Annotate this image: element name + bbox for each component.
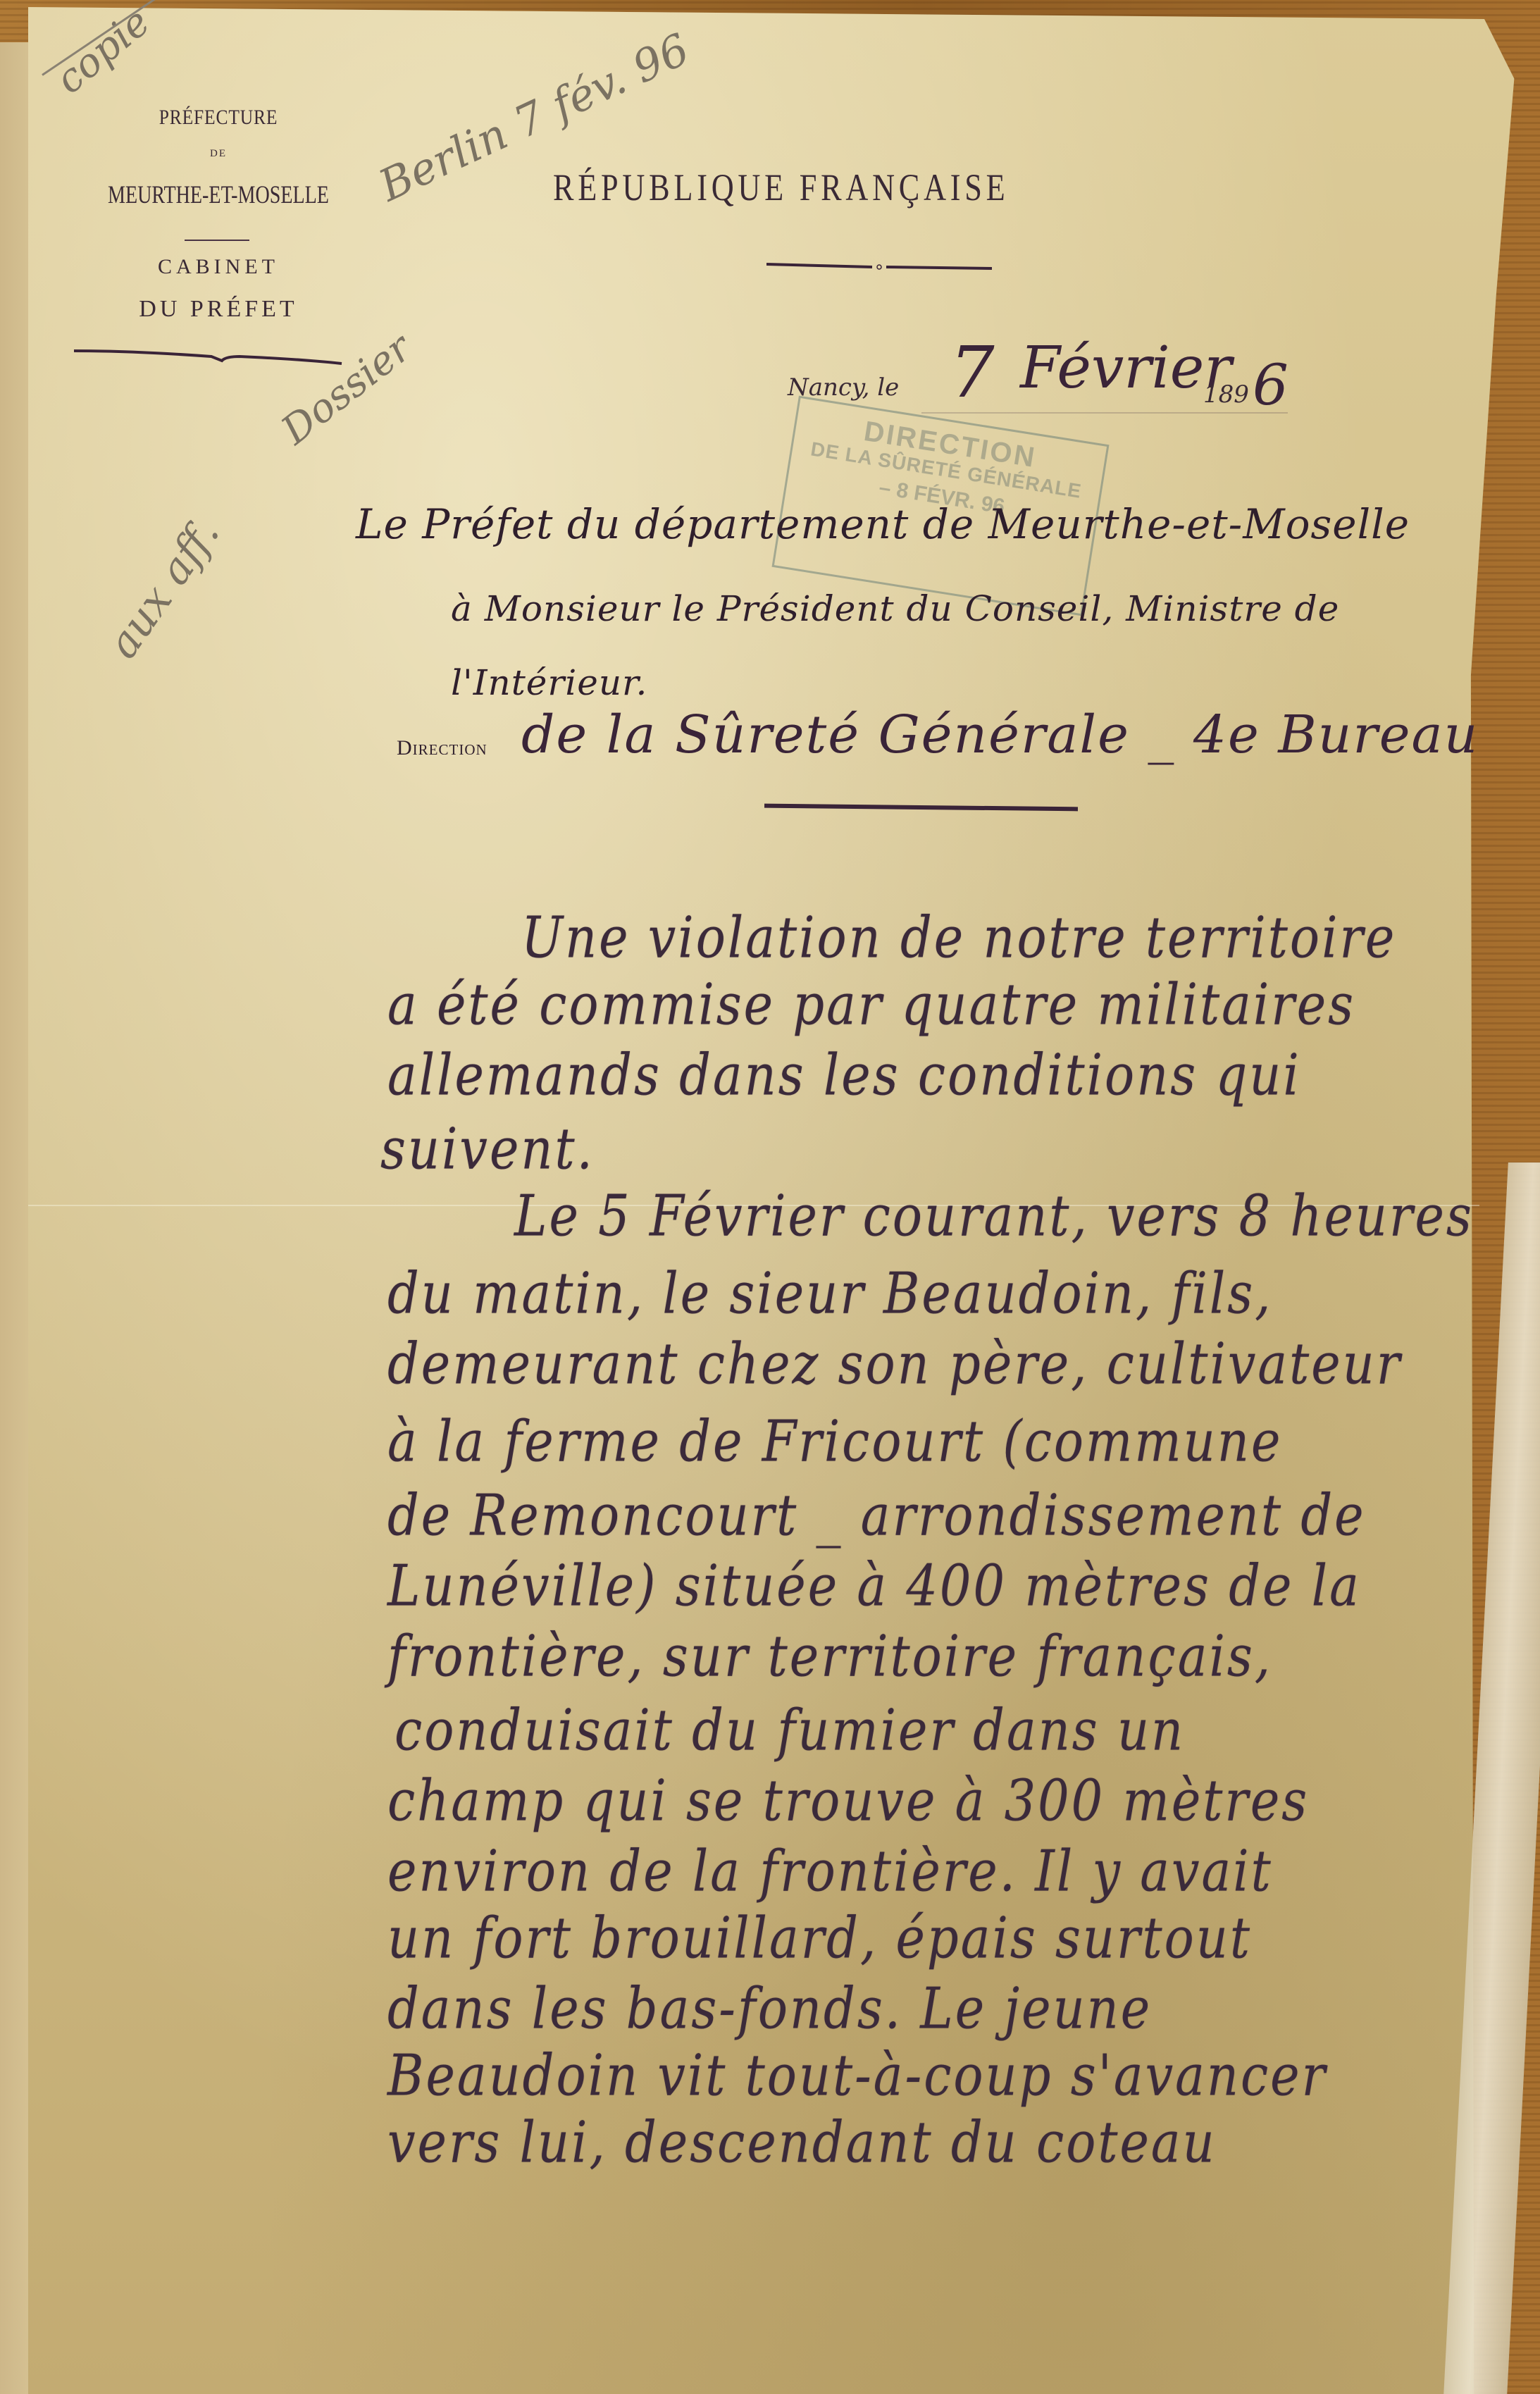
body-line: Une violation de notre territoire [521,905,1396,971]
letterhead-prefecture: PRÉFECTURE [89,106,347,130]
body-line: environ de la frontière. Il y avait [387,1838,1273,1904]
body-line: allemands dans les conditions qui [387,1042,1301,1108]
recipient-line-2: l'Intérieur. [451,662,647,703]
body-line: a été commise par quatre militaires [387,972,1355,1038]
date-month: Février [1020,335,1231,402]
header-divider-icon [766,261,992,271]
body-line: de Remoncourt _ arrondissement de [387,1482,1366,1549]
body-line: dans les bas-fonds. Le jeune [387,1976,1152,2042]
body-line: champ qui se trouve à 300 mètres [387,1768,1309,1834]
date-day: 7 [950,331,995,414]
republique-francaise-title: RÉPUBLIQUE FRANÇAISE [553,166,1009,209]
letterhead-flourish-icon [70,345,345,366]
body-line: vers lui, descendant du coteau [387,2109,1217,2176]
letterhead-department: MEURTHE-ET-MOSELLE [100,180,336,209]
date-year-suffix: 6 [1253,352,1288,418]
date-year-prefix: 189 [1203,380,1249,409]
sender-line: Le Préfet du département de Meurthe-et-M… [356,500,1410,548]
body-line: demeurant chez son père, cultivateur [387,1331,1402,1397]
letterhead-de: DE [67,148,370,160]
body-line: conduisait du fumier dans un [395,1697,1185,1763]
body-line: frontière, sur territoire français, [387,1623,1272,1689]
letterhead-cabinet: CABINET [67,255,370,279]
direction-label: Direction [397,736,488,760]
direction-value: de la Sûreté Générale _ 4e Bureau [521,705,1479,765]
recipient-line-1: à Monsieur le Président du Conseil, Mini… [451,588,1339,629]
body-line: suivent. [380,1116,595,1182]
letterhead-divider [185,240,249,241]
body-line: du matin, le sieur Beaudoin, fils, [387,1260,1272,1327]
letterhead-du-prefet: DU PRÉFET [67,296,370,323]
body-line: Lunéville) située à 400 mètres de la [387,1553,1361,1619]
date-underline [921,412,1288,414]
body-line: un fort brouillard, épais surtout [387,1905,1252,1971]
body-line: Beaudoin vit tout-à-coup s'avancer [387,2042,1327,2109]
body-line: Le 5 Février courant, vers 8 heures [514,1183,1474,1249]
body-line: à la ferme de Fricourt (commune [387,1408,1282,1475]
